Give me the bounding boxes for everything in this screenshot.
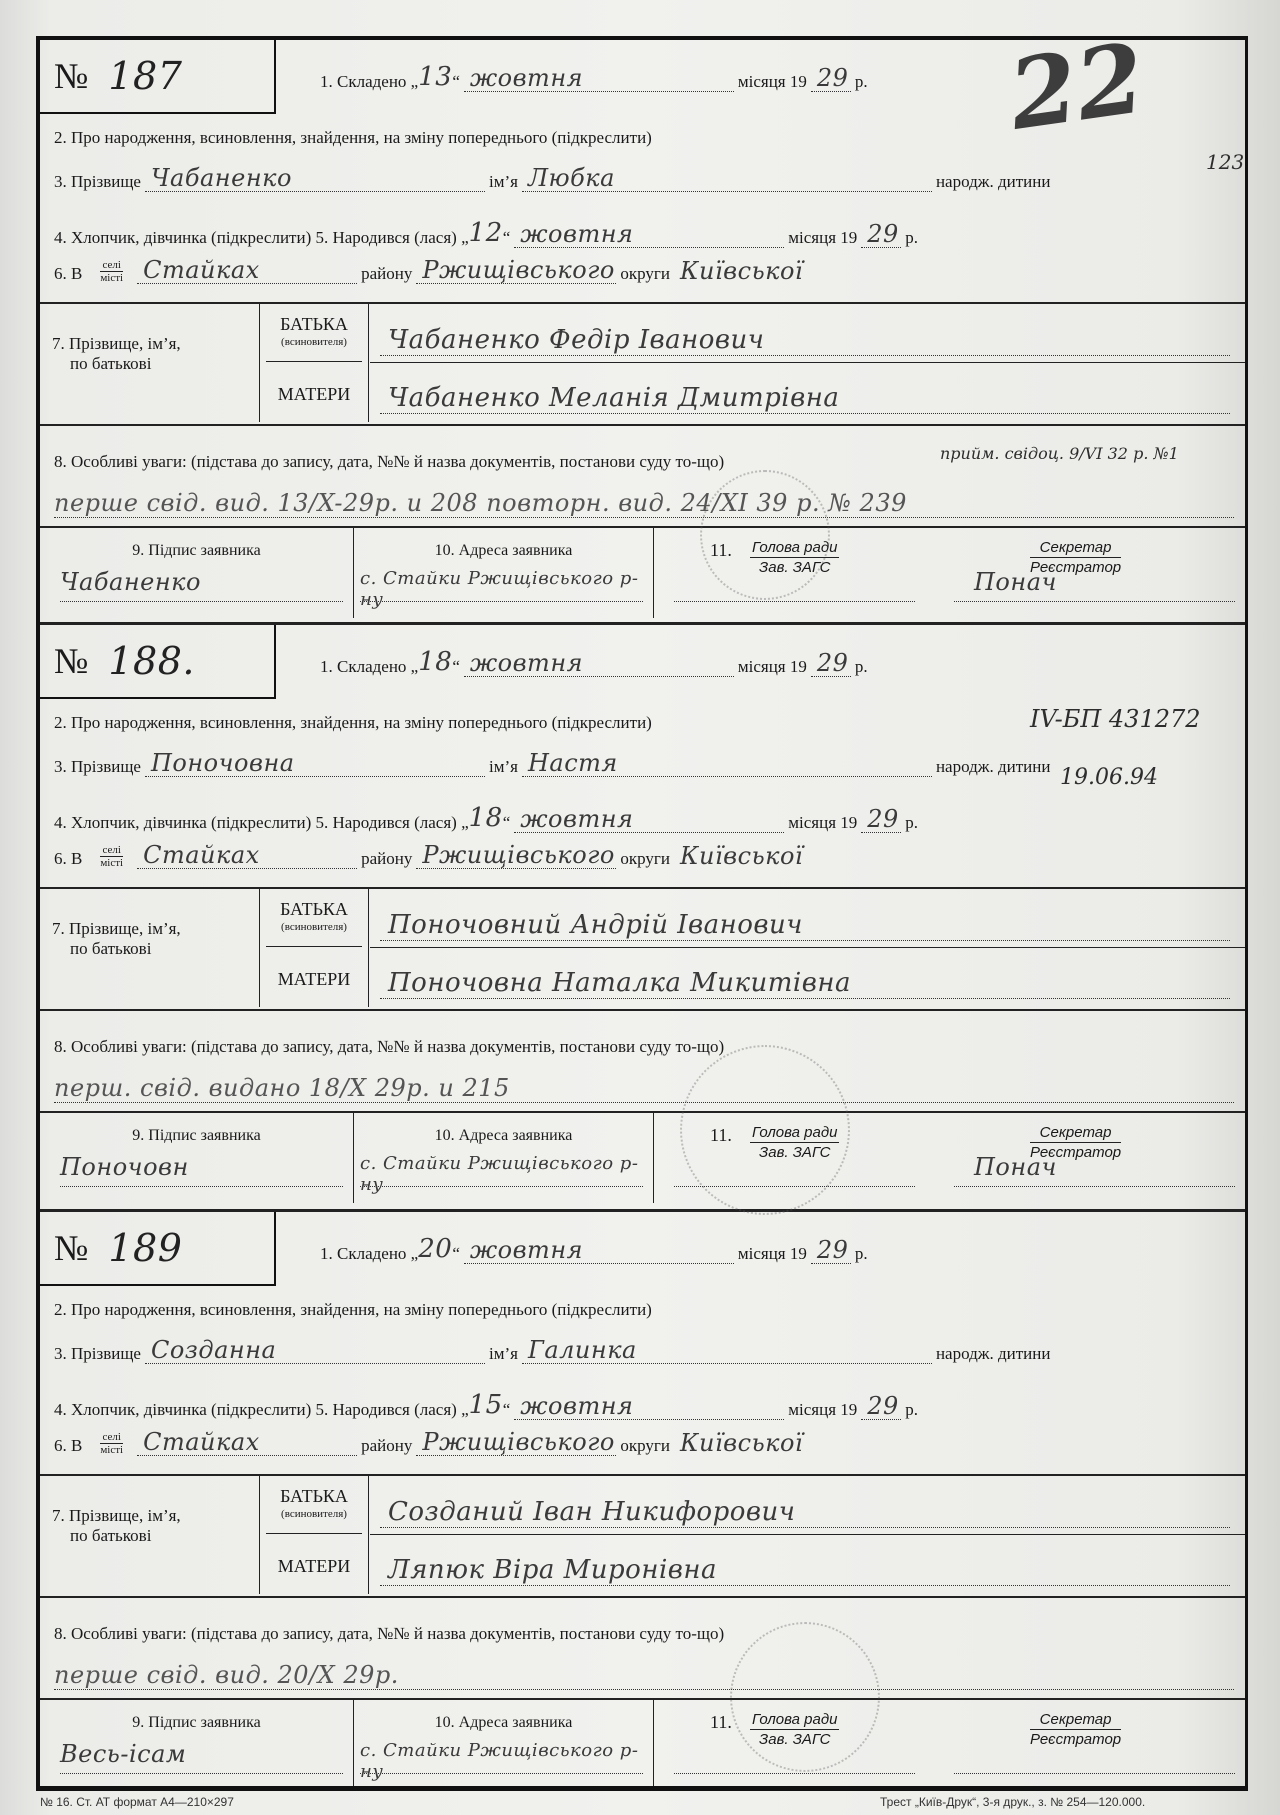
father-field: Поночовний Андрій Іванович bbox=[380, 903, 1230, 941]
notes-label: 8. Особливі уваги: (підстава до запису, … bbox=[54, 1037, 724, 1057]
notes-label: 8. Особливі уваги: (підстава до запису, … bbox=[54, 1624, 724, 1644]
divider bbox=[266, 361, 362, 362]
birth-date-line: 4. Хлопчик, дівчинка (підкреслити) 5. На… bbox=[54, 218, 918, 248]
district-field: Ржищівського bbox=[416, 258, 616, 284]
compiled-label: 1. Складено „ bbox=[320, 1244, 418, 1264]
compiled-label: 1. Складено „ bbox=[320, 72, 418, 92]
okrug-label: округи bbox=[620, 849, 670, 869]
compiled-label: 1. Складено „ bbox=[320, 657, 418, 677]
father-label: БАТЬКА bbox=[260, 899, 368, 920]
parents-block: 7. Прізвище, ім’я,по батькові БАТЬКА (вс… bbox=[40, 304, 1245, 422]
born-year: 29 bbox=[867, 220, 899, 248]
okrug-label: округи bbox=[620, 264, 670, 284]
surname-label: 3. Прізвище bbox=[54, 172, 141, 192]
okrug-field: Київської bbox=[674, 259, 854, 284]
year-suffix: р. bbox=[905, 228, 918, 248]
side-note-certificate: IV-БП 431272 bbox=[1030, 705, 1201, 733]
applicant-address-label: 10. Адреса заявника bbox=[354, 1714, 653, 1732]
mother-value: Поночовна Наталка Микитівна bbox=[388, 968, 851, 998]
name-line: 3. Прізвище Чабаненко ім’я Любка народж.… bbox=[54, 166, 1050, 192]
born-month-field: жовтня bbox=[514, 807, 784, 833]
applicant-signature-cell: 9. Підпис заявника Поночовн bbox=[40, 1113, 354, 1203]
divider bbox=[370, 1534, 1245, 1535]
mother-label: МАТЕРИ bbox=[260, 384, 368, 405]
village-field: Стайках bbox=[137, 843, 357, 869]
divider bbox=[40, 1596, 1245, 1598]
compiled-year-field: 29 bbox=[811, 651, 851, 677]
name-line: 3. Прізвище Поночовна ім’я Настя народж.… bbox=[54, 751, 1050, 777]
compiled-year: 29 bbox=[817, 1236, 849, 1264]
applicant-address-cell: 10. Адреса заявника с. Стайки Ржищівсько… bbox=[354, 528, 654, 618]
surname-value: Чабаненко bbox=[151, 164, 292, 192]
parents-role-column: БАТЬКА (всиновителя) МАТЕРИ bbox=[259, 1476, 369, 1594]
father-field: Чабаненко Федір Іванович bbox=[380, 318, 1230, 356]
born-year-field: 29 bbox=[861, 1394, 901, 1420]
first-name-value: Галинка bbox=[528, 1336, 637, 1364]
compiled-day: 13 bbox=[418, 62, 452, 92]
mother-field: Чабаненко Меланія Дмитрівна bbox=[380, 376, 1230, 414]
compiled-month: жовтня bbox=[470, 1236, 583, 1264]
okrug-value: Київської bbox=[680, 842, 803, 870]
footer-printer-info: Трест „Київ-Друк“, 3-я друк., з. № 254—1… bbox=[880, 1795, 1145, 1809]
father-value: Поночовний Андрій Іванович bbox=[388, 910, 803, 940]
number-sign: № bbox=[54, 640, 88, 682]
mother-field: Ляпюк Віра Миронівна bbox=[380, 1548, 1230, 1586]
parents-block: 7. Прізвище, ім’я,по батькові БАТЬКА (вс… bbox=[40, 889, 1245, 1007]
record-187: № 187 1. Складено „ 13 “ жовтня місяця 1… bbox=[40, 40, 1245, 626]
born-year: 29 bbox=[867, 805, 899, 833]
place-label: 6. В bbox=[54, 264, 82, 284]
applicant-signature-field: Весь-ісам bbox=[60, 1740, 343, 1774]
year-suffix: р. bbox=[855, 72, 868, 92]
okrug-value: Київської bbox=[680, 1429, 803, 1457]
applicant-signature-label: 9. Підпис заявника bbox=[40, 542, 353, 560]
surname-label: 3. Прізвище bbox=[54, 757, 141, 777]
gender-birth-label: 4. Хлопчик, дівчинка (підкреслити) 5. На… bbox=[54, 1400, 469, 1420]
quote: “ bbox=[503, 228, 511, 248]
month-year-label: місяця 19 bbox=[738, 1244, 807, 1264]
quote: “ bbox=[503, 813, 511, 833]
secretary-signature-field: Понач bbox=[954, 568, 1235, 602]
surname-field: Созданна bbox=[145, 1338, 485, 1364]
applicant-signature-field: Чабаненко bbox=[60, 568, 343, 602]
secretary-signature-field bbox=[954, 1740, 1235, 1774]
notes-value: перш. свід. видано 18/X 29р. и 215 bbox=[54, 1074, 510, 1102]
seal-stamp bbox=[700, 470, 830, 600]
seal-stamp bbox=[730, 1622, 880, 1772]
applicant-signature-cell: 9. Підпис заявника Чабаненко bbox=[40, 528, 354, 618]
secretary-signature-field: Понач bbox=[954, 1153, 1235, 1187]
surname-value: Поночовна bbox=[151, 749, 295, 777]
year-suffix: р. bbox=[905, 813, 918, 833]
compiled-year: 29 bbox=[817, 64, 849, 92]
secretary-label: Секретар bbox=[1030, 1710, 1121, 1730]
compiled-date-line: 1. Складено „ 20 “ жовтня місяця 19 29 р… bbox=[320, 1234, 868, 1264]
village-value: Стайках bbox=[143, 256, 260, 284]
applicant-address-cell: 10. Адреса заявника с. Стайки Ржищівсько… bbox=[354, 1113, 654, 1203]
parents-label-2: по батькові bbox=[52, 1526, 181, 1546]
born-day: 12 bbox=[469, 218, 503, 248]
applicant-signature-field: Поночовн bbox=[60, 1153, 343, 1187]
quote: “ bbox=[452, 72, 460, 92]
village-label: селі bbox=[100, 844, 123, 857]
year-suffix: р. bbox=[905, 1400, 918, 1420]
quote: “ bbox=[503, 1400, 511, 1420]
compiled-year-field: 29 bbox=[811, 1238, 851, 1264]
district-value: Ржищівського bbox=[422, 1428, 614, 1456]
compiled-year: 29 bbox=[817, 649, 849, 677]
record-kind-line: 2. Про народження, всиновлення, знайденн… bbox=[54, 128, 652, 148]
father-label: БАТЬКА bbox=[260, 314, 368, 335]
quote: “ bbox=[452, 657, 460, 677]
first-name-value: Любка bbox=[528, 164, 615, 192]
birth-date-line: 4. Хлопчик, дівчинка (підкреслити) 5. На… bbox=[54, 1390, 918, 1420]
record-number: 187 bbox=[108, 54, 182, 98]
parents-label-1: 7. Прізвище, ім’я, bbox=[52, 919, 181, 939]
city-label: місті bbox=[100, 857, 123, 869]
first-name-label: ім’я bbox=[489, 1344, 518, 1364]
divider bbox=[370, 362, 1245, 363]
parents-role-column: БАТЬКА (всиновителя) МАТЕРИ bbox=[259, 889, 369, 1007]
divider bbox=[40, 1009, 1245, 1011]
parents-block: 7. Прізвище, ім’я,по батькові БАТЬКА (вс… bbox=[40, 1476, 1245, 1594]
village-field: Стайках bbox=[137, 258, 357, 284]
month-year-label: місяця 19 bbox=[738, 657, 807, 677]
compiled-month: жовтня bbox=[470, 64, 583, 92]
district-field: Ржищівського bbox=[416, 1430, 616, 1456]
first-name-label: ім’я bbox=[489, 757, 518, 777]
okrug-value: Київської bbox=[680, 257, 803, 285]
record-188: № 188. 1. Складено „ 18 “ жовтня місяця … bbox=[40, 625, 1245, 1215]
footer-form-info: № 16. Ст. АТ формат А4—210×297 bbox=[40, 1795, 234, 1809]
village-label: селі bbox=[100, 1431, 123, 1444]
village-city-fraction: селімісті bbox=[100, 844, 123, 869]
notes-field: перше свід. вид. 13/X-29р. и 208 повторн… bbox=[54, 484, 1234, 518]
month-year-label: місяця 19 bbox=[738, 72, 807, 92]
mother-label: МАТЕРИ bbox=[260, 1556, 368, 1577]
adopter-label: (всиновителя) bbox=[260, 1508, 368, 1520]
seal-stamp bbox=[680, 1045, 850, 1215]
born-day: 18 bbox=[469, 803, 503, 833]
notes-value: перше свід. вид. 20/X 29р. bbox=[54, 1661, 399, 1689]
record-number-box: № 188. bbox=[40, 625, 276, 699]
officials-label: 11. bbox=[710, 1712, 732, 1733]
father-label: БАТЬКА bbox=[260, 1486, 368, 1507]
father-value: Чабаненко Федір Іванович bbox=[388, 325, 764, 355]
number-sign: № bbox=[54, 1227, 88, 1269]
district-field: Ржищівського bbox=[416, 843, 616, 869]
applicant-address: с. Стайки Ржищівського р-ну bbox=[360, 1153, 638, 1195]
record-number-box: № 189 bbox=[40, 1212, 276, 1286]
year-suffix: р. bbox=[855, 657, 868, 677]
side-note-date: 19.06.94 bbox=[1060, 765, 1158, 790]
applicant-address: с. Стайки Ржищівського р-ну bbox=[360, 1740, 638, 1782]
okrug-field: Київської bbox=[674, 1431, 854, 1456]
child-label: народж. дитини bbox=[936, 1344, 1051, 1364]
compiled-day: 20 bbox=[418, 1234, 452, 1264]
divider bbox=[266, 946, 362, 947]
place-line: 6. В селімісті Стайках району Ржищівсько… bbox=[54, 843, 858, 869]
applicant-signature-label: 9. Підпис заявника bbox=[40, 1127, 353, 1145]
record-kind-line: 2. Про народження, всиновлення, знайденн… bbox=[54, 713, 652, 733]
record-number: 188. bbox=[108, 639, 195, 683]
village-value: Стайках bbox=[143, 841, 260, 869]
born-month-field: жовтня bbox=[514, 1394, 784, 1420]
parents-label: 7. Прізвище, ім’я,по батькові bbox=[52, 919, 181, 959]
applicant-signature-label: 9. Підпис заявника bbox=[40, 1714, 353, 1732]
surname-field: Чабаненко bbox=[145, 166, 485, 192]
divider bbox=[370, 947, 1245, 948]
notes-extra: прийм. свідоц. 9/VI 32 р. №1 bbox=[940, 444, 1179, 463]
signatures-block: 9. Підпис заявника Поночовн 10. Адреса з… bbox=[40, 1113, 1245, 1203]
secretary-label: Секретар bbox=[1030, 538, 1121, 558]
number-sign: № bbox=[54, 55, 88, 97]
district-label: району bbox=[361, 264, 412, 284]
notes-field: перш. свід. видано 18/X 29р. и 215 bbox=[54, 1069, 1234, 1103]
applicant-signature: Весь-ісам bbox=[60, 1740, 186, 1768]
city-label: місті bbox=[100, 1444, 123, 1456]
quote: “ bbox=[452, 1244, 460, 1264]
village-city-fraction: селімісті bbox=[100, 259, 123, 284]
compiled-day: 18 bbox=[418, 647, 452, 677]
applicant-signature-cell: 9. Підпис заявника Весь-ісам bbox=[40, 1700, 354, 1786]
district-label: району bbox=[361, 1436, 412, 1456]
first-name-value: Настя bbox=[528, 749, 618, 777]
applicant-signature: Поночовн bbox=[60, 1153, 189, 1181]
secretary-label: Секретар bbox=[1030, 1123, 1121, 1143]
child-label: народж. дитини bbox=[936, 757, 1051, 777]
born-year-field: 29 bbox=[861, 222, 901, 248]
applicant-address-label: 10. Адреса заявника bbox=[354, 542, 653, 560]
parents-label-1: 7. Прізвище, ім’я, bbox=[52, 1506, 181, 1526]
document-page: 22 123 № 187 1. Складено „ 13 “ жовтня м… bbox=[0, 0, 1280, 1815]
compiled-month: жовтня bbox=[470, 649, 583, 677]
month-year-label: місяця 19 bbox=[788, 813, 857, 833]
district-value: Ржищівського bbox=[422, 841, 614, 869]
mother-value: Ляпюк Віра Миронівна bbox=[388, 1555, 717, 1585]
gender-birth-label: 4. Хлопчик, дівчинка (підкреслити) 5. На… bbox=[54, 228, 469, 248]
born-year-field: 29 bbox=[861, 807, 901, 833]
born-day: 15 bbox=[469, 1390, 503, 1420]
district-label: району bbox=[361, 849, 412, 869]
first-name-field: Любка bbox=[522, 166, 932, 192]
compiled-month-field: жовтня bbox=[464, 651, 734, 677]
born-year: 29 bbox=[867, 1392, 899, 1420]
parents-label: 7. Прізвище, ім’я,по батькові bbox=[52, 334, 181, 374]
divider bbox=[40, 424, 1245, 426]
secretary-signature: Понач bbox=[974, 568, 1057, 596]
mother-value: Чабаненко Меланія Дмитрівна bbox=[388, 383, 839, 413]
adopter-label: (всиновителя) bbox=[260, 921, 368, 933]
record-kind-line: 2. Про народження, всиновлення, знайденн… bbox=[54, 1300, 652, 1320]
applicant-address-cell: 10. Адреса заявника с. Стайки Ржищівсько… bbox=[354, 1700, 654, 1786]
compiled-date-line: 1. Складено „ 13 “ жовтня місяця 19 29 р… bbox=[320, 62, 868, 92]
place-line: 6. В селімісті Стайках району Ржищівсько… bbox=[54, 1430, 858, 1456]
place-label: 6. В bbox=[54, 1436, 82, 1456]
village-city-fraction: селімісті bbox=[100, 1431, 123, 1456]
surname-label: 3. Прізвище bbox=[54, 1344, 141, 1364]
notes-field: перше свід. вид. 20/X 29р. bbox=[54, 1656, 1234, 1690]
secretary-signature: Понач bbox=[974, 1153, 1057, 1181]
mother-field: Поночовна Наталка Микитівна bbox=[380, 961, 1230, 999]
parents-label: 7. Прізвище, ім’я,по батькові bbox=[52, 1506, 181, 1546]
divider bbox=[266, 1533, 362, 1534]
birth-date-line: 4. Хлопчик, дівчинка (підкреслити) 5. На… bbox=[54, 803, 918, 833]
signatures-block: 9. Підпис заявника Чабаненко 10. Адреса … bbox=[40, 528, 1245, 618]
year-suffix: р. bbox=[855, 1244, 868, 1264]
record-189: № 189 1. Складено „ 20 “ жовтня місяця 1… bbox=[40, 1212, 1245, 1788]
mother-label: МАТЕРИ bbox=[260, 969, 368, 990]
surname-value: Созданна bbox=[151, 1336, 276, 1364]
place-label: 6. В bbox=[54, 849, 82, 869]
gender-birth-label: 4. Хлопчик, дівчинка (підкреслити) 5. На… bbox=[54, 813, 469, 833]
applicant-address: с. Стайки Ржищівського р-ну bbox=[360, 568, 638, 610]
parents-label-2: по батькові bbox=[52, 939, 181, 959]
village-field: Стайках bbox=[137, 1430, 357, 1456]
okrug-field: Київської bbox=[674, 844, 854, 869]
parents-label-1: 7. Прізвище, ім’я, bbox=[52, 334, 181, 354]
place-line: 6. В селімісті Стайках району Ржищівсько… bbox=[54, 258, 858, 284]
notes-label: 8. Особливі уваги: (підстава до запису, … bbox=[54, 452, 724, 472]
city-label: місті bbox=[100, 272, 123, 284]
applicant-address-field: с. Стайки Ржищівського р-ну bbox=[360, 1153, 643, 1187]
applicant-address-field: с. Стайки Ржищівського р-ну bbox=[360, 1740, 643, 1774]
adopter-label: (всиновителя) bbox=[260, 336, 368, 348]
month-year-label: місяця 19 bbox=[788, 1400, 857, 1420]
record-number-box: № 187 bbox=[40, 40, 276, 114]
first-name-label: ім’я bbox=[489, 172, 518, 192]
first-name-field: Галинка bbox=[522, 1338, 932, 1364]
parents-role-column: БАТЬКА (всиновителя) МАТЕРИ bbox=[259, 304, 369, 422]
born-month: жовтня bbox=[520, 1392, 633, 1420]
first-name-field: Настя bbox=[522, 751, 932, 777]
applicant-signature: Чабаненко bbox=[60, 568, 201, 596]
district-value: Ржищівського bbox=[422, 256, 614, 284]
born-month: жовтня bbox=[520, 805, 633, 833]
okrug-label: округи bbox=[620, 1436, 670, 1456]
born-month-field: жовтня bbox=[514, 222, 784, 248]
village-label: селі bbox=[100, 259, 123, 272]
compiled-date-line: 1. Складено „ 18 “ жовтня місяця 19 29 р… bbox=[320, 647, 868, 677]
applicant-address-field: с. Стайки Ржищівського р-ну bbox=[360, 568, 643, 602]
record-number: 189 bbox=[108, 1226, 182, 1270]
compiled-month-field: жовтня bbox=[464, 66, 734, 92]
child-label: народж. дитини bbox=[936, 172, 1051, 192]
born-month: жовтня bbox=[520, 220, 633, 248]
applicant-address-label: 10. Адреса заявника bbox=[354, 1127, 653, 1145]
village-value: Стайках bbox=[143, 1428, 260, 1456]
month-year-label: місяця 19 bbox=[788, 228, 857, 248]
father-value: Созданий Іван Никифорович bbox=[388, 1497, 795, 1527]
parents-label-2: по батькові bbox=[52, 354, 181, 374]
name-line: 3. Прізвище Созданна ім’я Галинка народж… bbox=[54, 1338, 1050, 1364]
compiled-year-field: 29 bbox=[811, 66, 851, 92]
signatures-block: 9. Підпис заявника Весь-ісам 10. Адреса … bbox=[40, 1700, 1245, 1786]
surname-field: Поночовна bbox=[145, 751, 485, 777]
father-field: Созданий Іван Никифорович bbox=[380, 1490, 1230, 1528]
compiled-month-field: жовтня bbox=[464, 1238, 734, 1264]
